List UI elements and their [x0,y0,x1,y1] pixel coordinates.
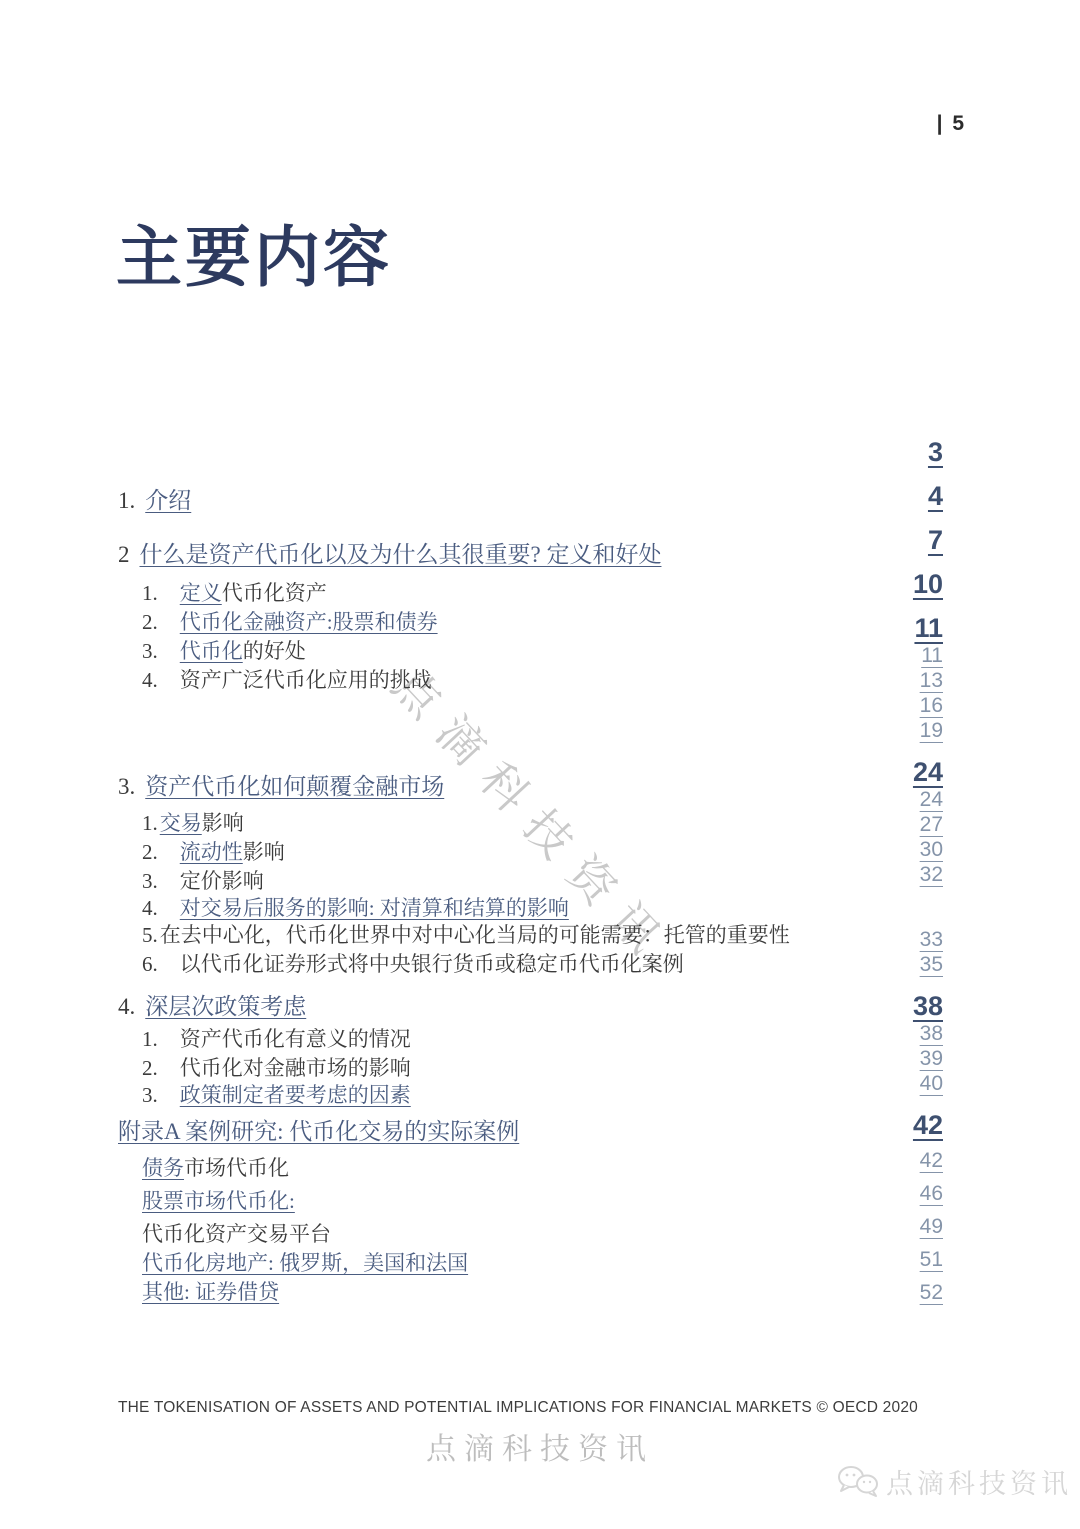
toc-page-number[interactable]: 19 [873,718,943,743]
toc-page-number[interactable]: 52 [873,1280,943,1305]
toc-page-number[interactable]: 42 [873,1148,943,1173]
toc-link[interactable]: 代币化房地产: 俄罗斯，美国和法国 [142,1251,468,1275]
toc-row: 2.代币化对金融市场的影响 [142,1055,858,1082]
toc-link[interactable]: 代币化 [180,639,243,663]
toc-row: 6.以代币化证券形式将中央银行货币或稳定币代币化案例 [142,951,858,978]
toc-row: 债务市场代币化 [142,1155,858,1182]
toc-row: 4.深层次政策考虑 [118,992,858,1022]
toc-page-number[interactable]: 3 [873,437,943,467]
toc-item-number: 3. [142,1083,158,1107]
toc-page-number[interactable]: 10 [873,569,943,599]
toc-page-number[interactable]: 38 [873,991,943,1021]
toc-page-number[interactable]: 33 [873,927,943,952]
toc-row: 2.代币化金融资产:股票和债券 [142,609,858,636]
toc-link[interactable]: 介绍 [145,488,191,513]
toc-text: 市场代币化 [184,1156,289,1180]
toc-text: 影响 [243,840,285,864]
toc-page-number[interactable]: 42 [873,1110,943,1140]
page-title: 主要内容 [116,204,392,299]
toc-row: 其他: 证券借贷 [142,1279,858,1306]
toc-text: 资产代币化有意义的情况 [180,1027,411,1051]
toc-page-number[interactable]: 38 [873,1021,943,1046]
toc-page-number[interactable]: 39 [873,1046,943,1071]
toc-text: 资产广泛代币化应用的挑战 [180,668,432,692]
toc-item-number: 1. [142,581,158,605]
toc-link[interactable]: 股票市场代币化: [142,1189,295,1213]
toc-row: 4.资产广泛代币化应用的挑战 [142,667,858,694]
toc-link[interactable]: 对交易后服务的影响: 对清算和结算的影响 [180,896,569,920]
toc-item-number: 1. [142,1027,158,1051]
toc-row: 代币化房地产: 俄罗斯，美国和法国 [142,1250,858,1277]
toc-row: 1.定义代币化资产 [142,580,858,607]
toc-link[interactable]: 定义 [180,581,222,605]
toc-page-number[interactable]: 7 [873,525,943,555]
toc-page-number[interactable]: 16 [873,693,943,718]
toc-row: 5.在去中心化，代币化世界中对中心化当局的可能需要：托管的重要性 [142,922,858,949]
toc-row: 1.资产代币化有意义的情况 [142,1026,858,1053]
toc-row: 3.政策制定者要考虑的因素 [142,1082,858,1109]
toc-item-number: 1. [118,488,135,513]
toc-page-number[interactable]: 13 [873,668,943,693]
toc-row: 3.资产代币化如何颠覆金融市场 [118,772,858,802]
toc-link[interactable]: 债务 [142,1156,184,1180]
toc-text: 代币化资产 [222,581,327,605]
toc-list: 1.介绍2什么是资产代币化以及为什么其很重要? 定义和好处1.定义代币化资产2.… [118,484,858,1306]
toc-text: 在去中心化，代币化世界中对中心化当局的可能需要：托管的重要性 [160,923,790,947]
toc-item-number: 5. [142,923,158,947]
page-number-indicator: | 5 [937,112,966,136]
toc-page-number[interactable]: 11 [873,643,943,668]
toc-page-number[interactable]: 24 [873,757,943,787]
toc-item-number: 4. [142,668,158,692]
toc-text: 的好处 [243,639,306,663]
toc-page-number[interactable]: 51 [873,1247,943,1272]
toc-page-number[interactable]: 30 [873,837,943,862]
toc-row: 股票市场代币化: [142,1188,858,1215]
corner-watermark: 点滴科技资讯 [836,1462,1072,1501]
toc-text: 影响 [202,811,244,835]
toc-row: 4.对交易后服务的影响: 对清算和结算的影响 [142,895,858,922]
toc-item-number: 2. [142,610,158,634]
toc-row: 附录A 案例研究: 代币化交易的实际案例 [118,1117,858,1147]
footer-copyright: THE TOKENISATION OF ASSETS AND POTENTIAL… [118,1399,878,1417]
toc-link[interactable]: 流动性 [180,840,243,864]
toc-page-number[interactable]: 49 [873,1214,943,1239]
toc-page-number[interactable]: 4 [873,481,943,511]
toc-text: 以代币化证券形式将中央银行货币或稳定币代币化案例 [180,952,684,976]
toc-row: 3.代币化的好处 [142,638,858,665]
toc-row: 2什么是资产代币化以及为什么其很重要? 定义和好处 [118,540,858,570]
toc-item-number: 3. [142,869,158,893]
toc-item-number: 2 [118,542,130,567]
toc-page-numbers: 3471011111316192424273032333538383940424… [873,437,943,1305]
toc-row: 3.定价影响 [142,868,858,895]
toc-link[interactable]: 什么是资产代币化以及为什么其很重要? 定义和好处 [140,542,662,567]
toc-text: 代币化对金融市场的影响 [180,1056,411,1080]
toc-item-number: 6. [142,952,158,976]
toc-item-number: 3. [118,774,135,799]
toc-page-number[interactable]: 32 [873,862,943,887]
toc-page-number[interactable]: 24 [873,787,943,812]
corner-watermark-label: 点滴科技资讯 [886,1462,1072,1501]
toc-text: 代币化资产交易平台 [142,1222,331,1246]
chat-bubbles-logo-icon [836,1464,880,1500]
toc-row: 1.交易影响 [142,810,858,837]
toc-row: 代币化资产交易平台 [142,1221,858,1248]
toc-item-number: 1. [142,811,158,835]
toc-page-number[interactable]: 40 [873,1071,943,1096]
toc-item-number: 2. [142,1056,158,1080]
toc-link[interactable]: 交易 [160,811,202,835]
toc-link[interactable]: 政策制定者要考虑的因素 [180,1083,411,1107]
toc-row: 2.流动性影响 [142,839,858,866]
toc-link[interactable]: 深层次政策考虑 [145,994,306,1019]
toc-link[interactable]: 资产代币化如何颠覆金融市场 [145,774,444,799]
toc-page-number[interactable]: 46 [873,1181,943,1206]
toc-page-number[interactable]: 11 [873,613,943,643]
toc-item-number: 4. [118,994,135,1019]
toc-link[interactable]: 代币化金融资产:股票和债券 [180,610,438,634]
toc-link[interactable]: 其他: 证券借贷 [142,1280,279,1304]
toc-item-number: 4. [142,896,158,920]
document-page: | 5 主要内容 点滴科技资讯 1.介绍2什么是资产代币化以及为什么其很重要? … [0,0,1080,1529]
toc-item-number: 3. [142,639,158,663]
toc-item-number: 2. [142,840,158,864]
toc-text: 定价影响 [180,869,264,893]
toc-row: 1.介绍 [118,486,858,516]
toc-page-number[interactable]: 35 [873,952,943,977]
toc-page-number[interactable]: 27 [873,812,943,837]
toc-link[interactable]: 附录A 案例研究: 代币化交易的实际案例 [118,1119,519,1144]
